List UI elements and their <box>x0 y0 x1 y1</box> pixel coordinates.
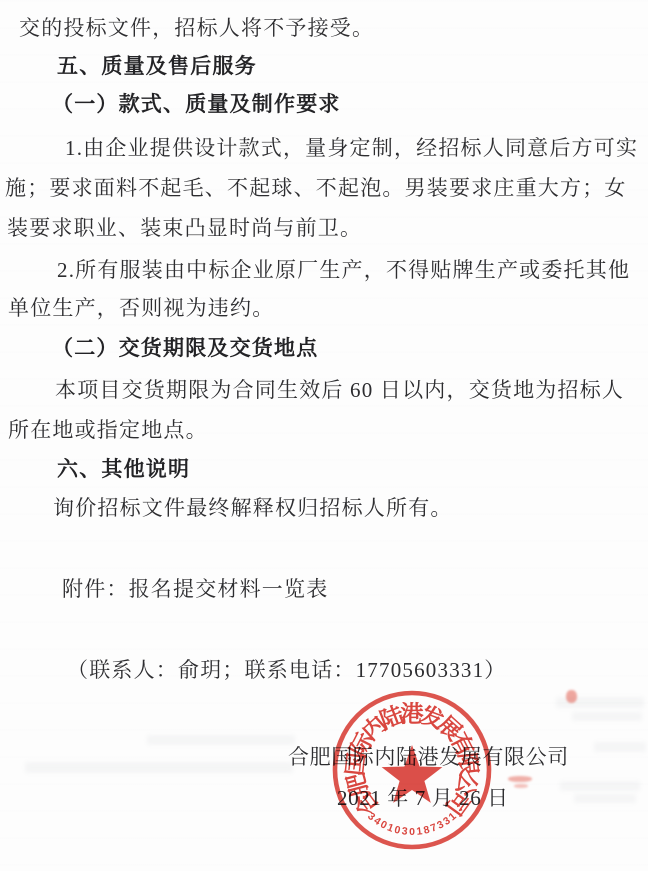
doc-line: 装要求职业、装束凸显时尚与前卫。 <box>7 217 362 240</box>
section-heading: 六、其他说明 <box>57 458 190 481</box>
bleed-through-artifact <box>594 742 646 752</box>
doc-line: 单位生产，否则视为违约。 <box>8 297 274 320</box>
ink-smudge <box>566 690 577 703</box>
svg-text:3: 3 <box>401 825 408 838</box>
doc-line: 1.由企业提供设计款式，量身定制，经招标人同意后方可实 <box>65 137 638 160</box>
seal-star-icon <box>382 745 443 803</box>
attachment-line: 附件：报名提交材料一览表 <box>62 578 328 601</box>
doc-line: 询价招标文件最终解释权归招标人所有。 <box>53 497 453 520</box>
bleed-through-artifact <box>25 762 293 773</box>
bleed-through-artifact <box>147 735 295 745</box>
doc-line: 施；要求面料不起毛、不起球、不起泡。男装要求庄重大方；女 <box>5 177 627 200</box>
company-seal: 合肥国际内陆港发展有限公司 3401030187331 <box>326 684 498 856</box>
contact-line: （联系人：俞玥；联系电话：17705603331） <box>67 659 507 682</box>
doc-line: 本项目交货期限为合同生效后 60 日以内，交货地为招标人 <box>55 379 624 402</box>
doc-line: 交的投标文件，招标人将不予接受。 <box>19 17 374 40</box>
sub-heading: （一）款式、质量及制作要求 <box>52 93 341 116</box>
ink-smudge <box>508 776 532 782</box>
section-heading: 五、质量及售后服务 <box>57 55 257 78</box>
bleed-through-artifact <box>574 794 636 803</box>
doc-line: 2.所有服装由中标企业原厂生产，不得贴牌生产或委托其他 <box>57 259 630 282</box>
seal-number: 3401030187331 <box>365 810 459 838</box>
bleed-through-artifact <box>572 712 642 721</box>
sub-heading: （二）交货期限及交货地点 <box>52 337 318 360</box>
document-page: 交的投标文件，招标人将不予接受。 五、质量及售后服务 （一）款式、质量及制作要求… <box>0 0 648 871</box>
svg-text:0: 0 <box>409 826 415 838</box>
ink-smudge <box>514 784 528 788</box>
bleed-through-artifact <box>560 781 640 791</box>
doc-line: 所在地或指定地点。 <box>8 419 208 442</box>
